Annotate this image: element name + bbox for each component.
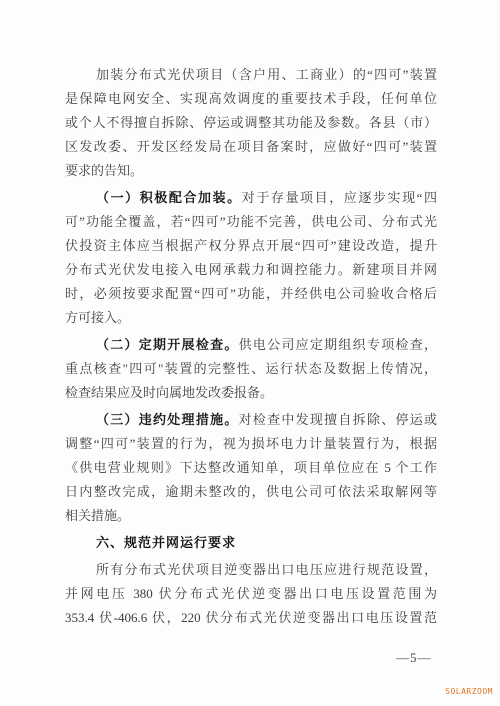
section-heading-text: 六、规范并网运行要求 xyxy=(96,535,236,550)
line-text: 加装分布式光伏项目（含户用、工商业）的“四可”装置 xyxy=(96,67,437,82)
text-line: （二）定期开展检查。供电公司应定期组织专项检查， xyxy=(65,333,437,357)
text-line: 区发改委、开发区经发局在项目备案时，应做好“四可”装置 xyxy=(65,135,437,159)
line-text: 重点核查"四可"装置的完整性、运行状态及数据上传情况， xyxy=(65,361,437,376)
text-line: 加装分布式光伏项目（含户用、工商业）的“四可”装置 xyxy=(65,63,437,87)
line-text: 要求的告知。 xyxy=(65,163,143,178)
text-line: 是保障电网安全、实现高效调度的重要技术手段，任何单位 xyxy=(65,87,437,111)
watermark-text: SOLARZOOM xyxy=(445,687,493,696)
line-text: 或个人不得擅自拆除、停运或调整其功能及参数。各县（市） xyxy=(65,115,437,130)
line-text: 相关措施。 xyxy=(65,508,130,523)
line-text: 所有分布式光伏项目逆变器出口电压应进行规范设置， xyxy=(96,562,437,577)
text-line: 方可接入。 xyxy=(65,306,437,330)
clause-title: （三）违约处理措施。 xyxy=(96,412,239,427)
text-line: 要求的告知。 xyxy=(65,159,437,183)
text-line: 伏投资主体应当根据产权分界点开展“四可”建设改造，提升 xyxy=(65,234,437,258)
text-line: 时，必须按要求配置“四可”功能，并经供电公司验收合格后 xyxy=(65,282,437,306)
document-body: 加装分布式光伏项目（含户用、工商业）的“四可”装置 是保障电网安全、实现高效调度… xyxy=(65,63,437,630)
line-text: 《供电营业规则》下达整改通知单，项目单位应在 5 个工作 xyxy=(65,460,437,475)
text-line: 所有分布式光伏项目逆变器出口电压应进行规范设置， xyxy=(65,558,437,582)
clause-title: （二）定期开展检查。 xyxy=(96,337,239,352)
text-line: 可”功能全覆盖，若“四可”功能不完善，供电公司、分布式光 xyxy=(65,210,437,234)
line-text: 对检查中发现擅自拆除、停运或 xyxy=(239,412,437,427)
text-line: 并网电压 380 伏分布式光伏逆变器出口电压设置范围为 xyxy=(65,582,437,606)
line-text: 供电公司应定期组织专项检查， xyxy=(239,337,437,352)
text-line: 或个人不得擅自拆除、停运或调整其功能及参数。各县（市） xyxy=(65,111,437,135)
line-text: 分布式光伏发电接入电网承载力和调控能力。新建项目并网 xyxy=(65,262,437,277)
text-line: （三）违约处理措施。对检查中发现擅自拆除、停运或 xyxy=(65,408,437,432)
page-number: —5— xyxy=(396,651,440,665)
line-text: 可”功能全覆盖，若“四可”功能不完善，供电公司、分布式光 xyxy=(65,214,437,229)
line-text: 日内整改完成，逾期未整改的，供电公司可依法采取解网等 xyxy=(65,484,437,499)
text-line: 检查结果应及时向属地发改委报备。 xyxy=(65,381,437,405)
line-text: 检查结果应及时向属地发改委报备。 xyxy=(65,385,273,400)
line-text: 时，必须按要求配置“四可”功能，并经供电公司验收合格后 xyxy=(65,286,437,301)
line-text: 是保障电网安全、实现高效调度的重要技术手段，任何单位 xyxy=(65,91,437,106)
text-line: 353.4 伏-406.6 伏，220 伏分布式光伏逆变器出口电压设置范 xyxy=(65,606,437,630)
line-text: 方可接入。 xyxy=(65,310,130,325)
line-text: 353.4 伏-406.6 伏，220 伏分布式光伏逆变器出口电压设置范 xyxy=(65,610,437,625)
text-line: （一）积极配合加装。对于存量项目，应逐步实现“四 xyxy=(65,186,437,210)
line-text: 调整“四可”装置的行为，视为损坏电力计量装置行为，根据 xyxy=(65,436,437,451)
text-line: 重点核查"四可"装置的完整性、运行状态及数据上传情况， xyxy=(65,357,437,381)
text-line: 分布式光伏发电接入电网承载力和调控能力。新建项目并网 xyxy=(65,258,437,282)
line-text: 区发改委、开发区经发局在项目备案时，应做好“四可”装置 xyxy=(65,139,437,154)
text-line: 《供电营业规则》下达整改通知单，项目单位应在 5 个工作 xyxy=(65,456,437,480)
line-text: 对于存量项目，应逐步实现“四 xyxy=(242,190,437,205)
text-line: 相关措施。 xyxy=(65,504,437,528)
text-line: 调整“四可”装置的行为，视为损坏电力计量装置行为，根据 xyxy=(65,432,437,456)
document-page: 加装分布式光伏项目（含户用、工商业）的“四可”装置 是保障电网安全、实现高效调度… xyxy=(0,0,500,706)
section-heading: 六、规范并网运行要求 xyxy=(65,531,437,555)
clause-title: （一）积极配合加装。 xyxy=(96,190,242,205)
line-text: 伏投资主体应当根据产权分界点开展“四可”建设改造，提升 xyxy=(65,238,437,253)
text-line: 日内整改完成，逾期未整改的，供电公司可依法采取解网等 xyxy=(65,480,437,504)
line-text: 并网电压 380 伏分布式光伏逆变器出口电压设置范围为 xyxy=(65,586,437,601)
